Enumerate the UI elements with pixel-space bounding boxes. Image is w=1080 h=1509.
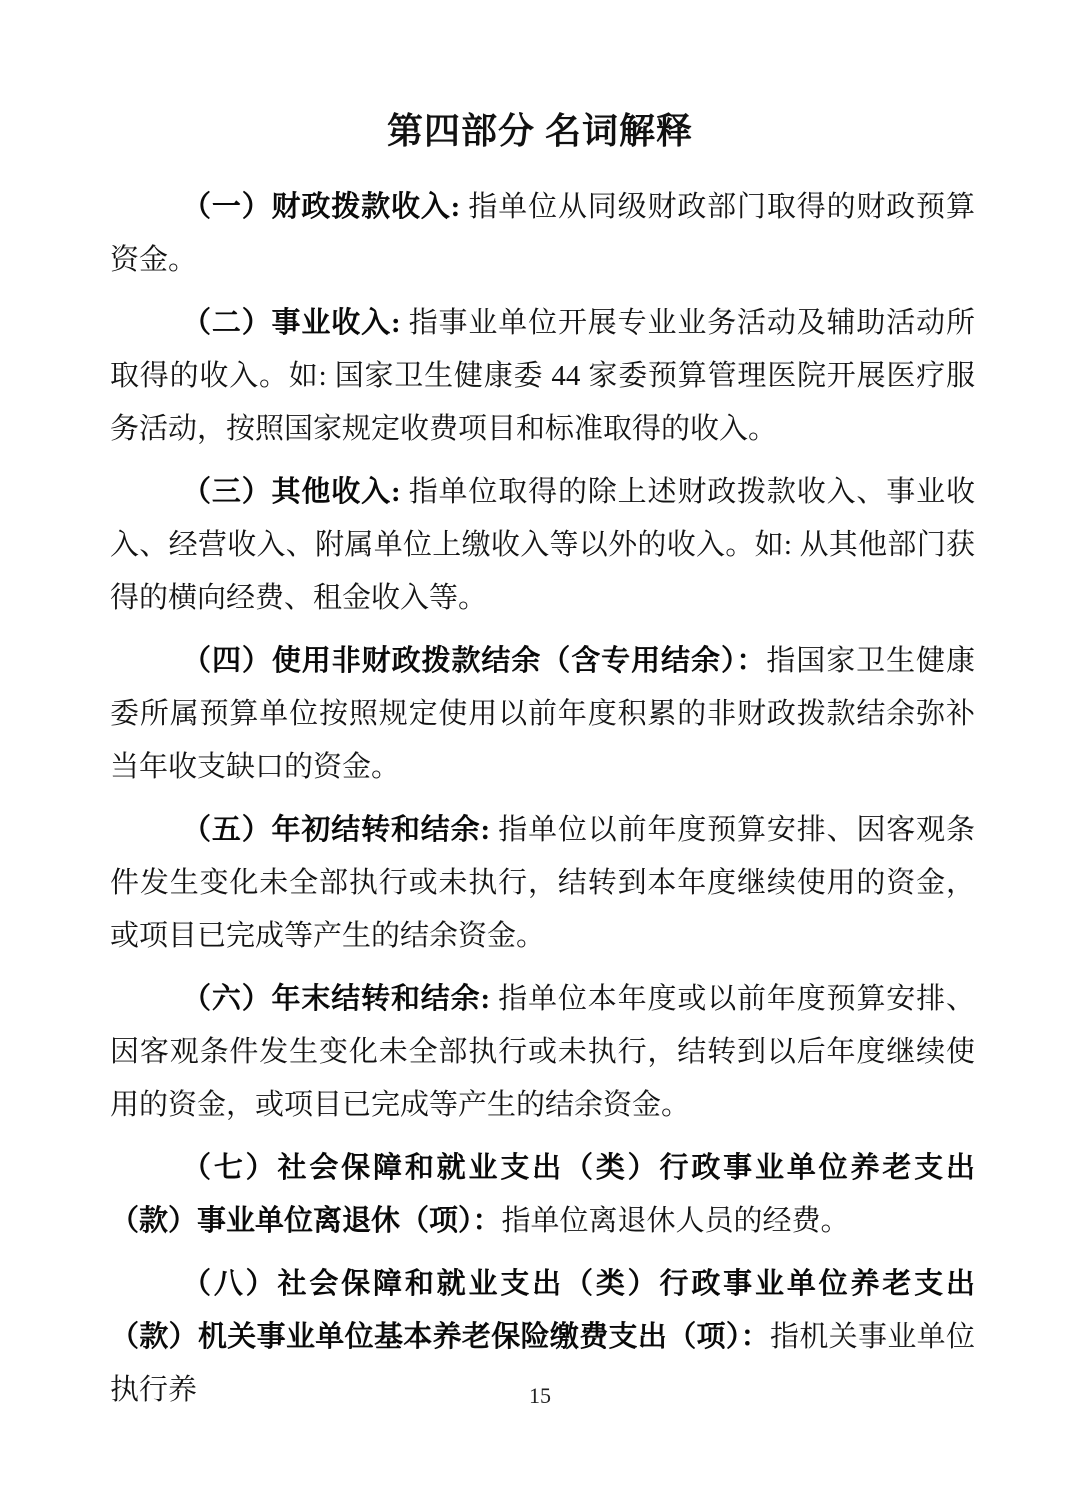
glossary-definition: 指单位离退休人员的经费。 [502,1205,850,1237]
glossary-paragraph: （五）年初结转和结余: 指单位以前年度预算安排、因客观条件发生变化未全部执行或未… [110,804,975,963]
document-page: 第四部分 名词解释 （一）财政拨款收入: 指单位从同级财政部门取得的财政预算资金… [0,0,1080,1509]
glossary-paragraph: （三）其他收入: 指单位取得的除上述财政拨款收入、事业收入、经营收入、附属单位上… [110,466,975,625]
glossary-paragraph: （七）社会保障和就业支出（类）行政事业单位养老支出（款）事业单位离退休（项）：指… [110,1142,975,1248]
glossary-paragraph: （四）使用非财政拨款结余（含专用结余）：指国家卫生健康委所属预算单位按照规定使用… [110,635,975,794]
page-title: 第四部分 名词解释 [0,103,1080,160]
glossary-paragraph: （六）年末结转和结余: 指单位本年度或以前年度预算安排、因客观条件发生变化未全部… [110,973,975,1132]
glossary-term: （六）年末结转和结余: [182,983,490,1015]
glossary-term: （二）事业收入: [182,307,401,339]
glossary-term: （四）使用非财政拨款结余（含专用结余）： [182,645,766,677]
document-body: （一）财政拨款收入: 指单位从同级财政部门取得的财政预算资金。 （二）事业收入:… [0,181,1080,1417]
glossary-term: （一）财政拨款收入: [182,191,460,223]
glossary-term: （五）年初结转和结余: [182,814,490,846]
page-number: 15 [0,1383,1080,1409]
glossary-term: （三）其他收入: [182,476,401,508]
glossary-paragraph: （一）财政拨款收入: 指单位从同级财政部门取得的财政预算资金。 [110,181,975,287]
glossary-paragraph: （二）事业收入: 指事业单位开展专业业务活动及辅助活动所取得的收入。如: 国家卫… [110,297,975,456]
